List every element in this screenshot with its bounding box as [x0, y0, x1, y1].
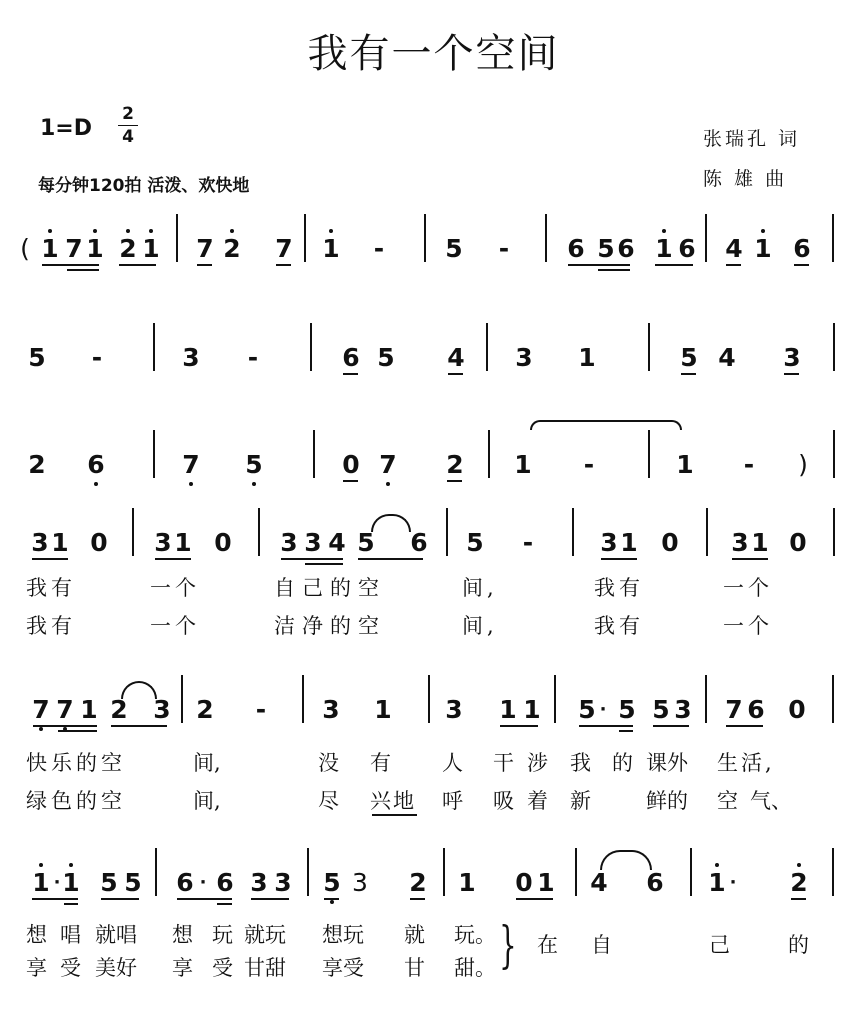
note: 3 — [513, 343, 535, 373]
note: 0 — [212, 528, 234, 558]
underline — [732, 558, 768, 560]
underline — [653, 725, 689, 727]
lyric-v1: 间, — [462, 575, 498, 601]
underline — [281, 558, 343, 560]
lyric-v1: 间, — [193, 750, 221, 776]
note: 5 — [650, 695, 672, 725]
note: 5 — [321, 868, 343, 898]
note: 2 — [407, 868, 429, 898]
underline — [794, 264, 809, 266]
note: 2 — [788, 868, 810, 898]
bar-line — [307, 848, 309, 896]
key-signature: 1=D — [40, 116, 92, 141]
note: 6 — [408, 528, 430, 558]
underline — [64, 903, 78, 905]
note: 3 — [320, 695, 342, 725]
lyric-v2: 美好 — [95, 955, 137, 981]
note: - — [738, 450, 760, 480]
note: 1 — [78, 695, 100, 725]
note: 2 — [444, 450, 466, 480]
note: 1 — [752, 234, 774, 264]
lyric-v1: 自己的空 — [274, 575, 386, 601]
note: 5 — [355, 528, 377, 558]
lyric-v1: 快乐的空 — [26, 750, 126, 776]
lyric-v1: 玩。 — [454, 922, 496, 948]
underline — [358, 558, 423, 560]
underline — [343, 480, 358, 482]
note: 1 — [84, 234, 106, 264]
note: 3 — [29, 528, 51, 558]
note: 5 — [375, 343, 397, 373]
lyric-v1: 有 — [370, 750, 391, 776]
note: 7 — [273, 234, 295, 264]
note: 6 — [214, 868, 236, 898]
lyric-v2: 兴地 — [370, 788, 416, 814]
lyric-shared: 在 — [537, 932, 558, 958]
note: 6 — [791, 234, 813, 264]
note: 1 — [39, 234, 61, 264]
note: 1 — [749, 528, 771, 558]
lyric-v1: 想 — [172, 922, 193, 948]
lyric-v1: 我 — [570, 750, 591, 776]
note: 6 — [644, 868, 666, 898]
tempo-marking: 每分钟120拍 活泼、欢快地 — [38, 171, 249, 196]
note: 5 — [443, 234, 465, 264]
lyric-v2: 受 — [60, 955, 81, 981]
note: 1 — [456, 868, 478, 898]
lyric-v1: 想 — [26, 922, 47, 948]
note: 6 — [340, 343, 362, 373]
note: - — [86, 343, 108, 373]
underline — [726, 264, 741, 266]
underline — [33, 725, 97, 727]
note: · — [192, 868, 214, 898]
note: 3 — [729, 528, 751, 558]
note: 1 — [618, 528, 640, 558]
time-signature-bottom: 4 — [122, 127, 134, 147]
note: - — [368, 234, 390, 264]
bar-line — [302, 675, 304, 723]
note: 1 — [372, 695, 394, 725]
note: 6 — [615, 234, 637, 264]
note: - — [517, 528, 539, 558]
lyric-v1: 就唱 — [95, 922, 137, 948]
note: 3 — [443, 695, 465, 725]
underline — [598, 269, 630, 271]
lyric-shared: 己 — [709, 932, 730, 958]
bar-line — [304, 214, 306, 262]
underline — [101, 898, 139, 900]
note: 6 — [565, 234, 587, 264]
time-signature: 2 4 — [118, 104, 138, 147]
underline — [305, 563, 343, 565]
lyric-v1: 干 — [493, 750, 514, 776]
note: - — [578, 450, 600, 480]
underline — [681, 373, 696, 375]
lyric-shared: 的 — [788, 932, 809, 958]
bar-line — [310, 323, 312, 371]
bar-line — [424, 214, 426, 262]
underline — [343, 373, 358, 375]
lyric-v2: 尽 — [318, 788, 339, 814]
note: 3 — [302, 528, 324, 558]
bar-line — [575, 848, 577, 896]
bar-line — [153, 323, 155, 371]
underline — [32, 558, 68, 560]
lyric-v2: 一个 — [723, 613, 773, 639]
note: 0 — [659, 528, 681, 558]
note: 3 — [152, 528, 174, 558]
underline — [67, 269, 99, 271]
bar-line — [705, 675, 707, 723]
lyric-v2: 空 — [717, 788, 738, 814]
underline — [155, 558, 191, 560]
note: 3 — [248, 868, 270, 898]
note: 4 — [716, 343, 738, 373]
bar-line — [832, 675, 834, 723]
score-line-1: ( 1 7 1 2 1 7 2 7 1 - 5 - 6 5 6 1 6 4 1 … — [0, 234, 867, 314]
note: 5 — [122, 868, 144, 898]
note: 0 — [340, 450, 362, 480]
note: 1 — [576, 343, 598, 373]
note: 7 — [723, 695, 745, 725]
underline — [111, 725, 167, 727]
lyric-v2: 享 — [26, 955, 47, 981]
note: 7 — [63, 234, 85, 264]
underline — [601, 558, 637, 560]
lyric-v2: 间, — [462, 613, 498, 639]
underline — [447, 480, 462, 482]
lyric-v2: 鲜的 — [646, 788, 688, 814]
lyric-v2: 新 — [570, 788, 591, 814]
lyric-v1: 人 — [442, 750, 463, 776]
underline — [516, 898, 553, 900]
lyric-shared: 自 — [591, 932, 612, 958]
lyric-v1: 生活, — [717, 750, 775, 776]
lyric-v2: 洁净的空 — [274, 613, 386, 639]
note: - — [493, 234, 515, 264]
underline — [251, 898, 289, 900]
lyric-v2: 间, — [193, 788, 221, 814]
bar-line — [833, 430, 835, 478]
note: 3 — [151, 695, 173, 725]
note: 3 — [272, 868, 294, 898]
lyric-v2: 呼 — [442, 788, 463, 814]
bar-line — [446, 508, 448, 556]
bar-line — [443, 848, 445, 896]
lyric-v1: 课外 — [646, 750, 688, 776]
bar-line — [176, 214, 178, 262]
note: 4 — [445, 343, 467, 373]
bar-line — [833, 508, 835, 556]
bar-line — [832, 848, 834, 896]
note: · — [592, 695, 614, 725]
lyric-v1: 没 — [318, 750, 339, 776]
note: 3 — [180, 343, 202, 373]
note: 2 — [221, 234, 243, 264]
bar-line — [155, 848, 157, 896]
note: 4 — [326, 528, 348, 558]
bar-line — [181, 675, 183, 723]
lyric-v2: 受 — [212, 955, 233, 981]
note: 1 — [653, 234, 675, 264]
tie — [530, 420, 682, 430]
note: 0 — [88, 528, 110, 558]
lyric-v1: 就玩 — [244, 922, 286, 948]
note: 7 — [180, 450, 202, 480]
note: 7 — [194, 234, 216, 264]
bar-line — [706, 508, 708, 556]
note: ) — [792, 450, 814, 480]
lyric-underline — [372, 814, 417, 816]
bar-line — [572, 508, 574, 556]
note: 7 — [54, 695, 76, 725]
note: 1 — [49, 528, 71, 558]
lyric-v2: 我有 — [26, 613, 76, 639]
note: ( — [14, 234, 36, 264]
note: 3 — [278, 528, 300, 558]
underline — [32, 898, 78, 900]
note: 1 — [512, 450, 534, 480]
underline — [448, 373, 463, 375]
note: 6 — [85, 450, 107, 480]
underline — [500, 725, 538, 727]
note: 3 — [349, 868, 371, 898]
note: - — [242, 343, 264, 373]
note: 3 — [672, 695, 694, 725]
lyric-v2: 气、 — [750, 788, 792, 814]
bar-line — [545, 214, 547, 262]
note: 5 — [616, 695, 638, 725]
note: 7 — [30, 695, 52, 725]
lyric-v2: 甘甜 — [244, 955, 286, 981]
lyric-v1: 的 — [612, 750, 633, 776]
lyric-v1: 一个 — [723, 575, 773, 601]
underline — [410, 898, 425, 900]
bar-line — [428, 675, 430, 723]
lyric-v2: 着 — [527, 788, 548, 814]
underline — [197, 264, 212, 266]
bar-line — [554, 675, 556, 723]
underline — [42, 264, 99, 266]
note: 5 — [464, 528, 486, 558]
lyric-v1: 唱 — [60, 922, 81, 948]
lyricist-credit: 张瑞孔 词 — [703, 124, 800, 151]
bar-line — [132, 508, 134, 556]
bar-line — [488, 430, 490, 478]
composer-credit: 陈 雄 曲 — [703, 164, 787, 191]
note: 1 — [497, 695, 519, 725]
note: 6 — [676, 234, 698, 264]
lyric-v2: 甜。 — [454, 955, 496, 981]
lyric-v1: 一个 — [150, 575, 200, 601]
note: 1 — [535, 868, 557, 898]
underline — [619, 730, 633, 732]
bar-line — [648, 323, 650, 371]
note: · — [722, 868, 744, 898]
underline — [726, 725, 763, 727]
note: 2 — [194, 695, 216, 725]
lyric-v1: 涉 — [527, 750, 548, 776]
note: 2 — [117, 234, 139, 264]
note: 5 — [26, 343, 48, 373]
note: 4 — [723, 234, 745, 264]
note: 5 — [595, 234, 617, 264]
bar-line — [313, 430, 315, 478]
lyric-v2: 甘 — [404, 955, 425, 981]
underline — [568, 264, 630, 266]
note: 1 — [320, 234, 342, 264]
bar-line — [258, 508, 260, 556]
note: 1 — [60, 868, 82, 898]
underline — [784, 373, 799, 375]
underline — [655, 264, 693, 266]
lyric-v2: 享受 — [322, 955, 364, 981]
underline — [276, 264, 291, 266]
tie — [600, 850, 652, 870]
score-line-3: 2 6 7 5 0 7 2 1 - 1 - ) — [0, 450, 867, 530]
song-title: 我有一个空间 — [0, 22, 867, 79]
note: 1 — [521, 695, 543, 725]
bar-line — [690, 848, 692, 896]
note: 1 — [674, 450, 696, 480]
underline — [791, 898, 806, 900]
lyric-v2: 绿色的空 — [26, 788, 126, 814]
note: 0 — [787, 528, 809, 558]
note: 0 — [513, 868, 535, 898]
note: 7 — [377, 450, 399, 480]
note: 2 — [108, 695, 130, 725]
lyric-v2: 我有 — [594, 613, 644, 639]
underline — [324, 898, 339, 900]
note: 3 — [598, 528, 620, 558]
note: 0 — [786, 695, 808, 725]
lyric-v1: 我有 — [594, 575, 644, 601]
note: 1 — [172, 528, 194, 558]
underline — [58, 730, 97, 732]
underline — [177, 898, 232, 900]
underline — [217, 903, 232, 905]
note: 5 — [98, 868, 120, 898]
bar-line — [153, 430, 155, 478]
lyric-v2: 一个 — [150, 613, 200, 639]
bar-line — [833, 323, 835, 371]
note: 1 — [140, 234, 162, 264]
bar-line — [832, 214, 834, 262]
note: 4 — [588, 868, 610, 898]
lyric-v1: 玩 — [212, 922, 233, 948]
lyric-v1: 我有 — [26, 575, 76, 601]
note: 5 — [243, 450, 265, 480]
note: 2 — [26, 450, 48, 480]
lyric-v2: 吸 — [493, 788, 514, 814]
underline — [119, 264, 156, 266]
lyric-v1: 就 — [404, 922, 425, 948]
bar-line — [705, 214, 707, 262]
score-line-2: 5 - 3 - 6 5 4 3 1 5 4 3 — [0, 343, 867, 423]
lyric-v2: 享 — [172, 955, 193, 981]
note: 6 — [745, 695, 767, 725]
time-signature-top: 2 — [122, 104, 134, 124]
lyric-v1: 想玩 — [322, 922, 364, 948]
underline — [579, 725, 633, 727]
note: 3 — [781, 343, 803, 373]
lyric-brace: } — [499, 920, 516, 970]
bar-line — [486, 323, 488, 371]
note: 5 — [678, 343, 700, 373]
bar-line — [648, 430, 650, 478]
note: - — [250, 695, 272, 725]
